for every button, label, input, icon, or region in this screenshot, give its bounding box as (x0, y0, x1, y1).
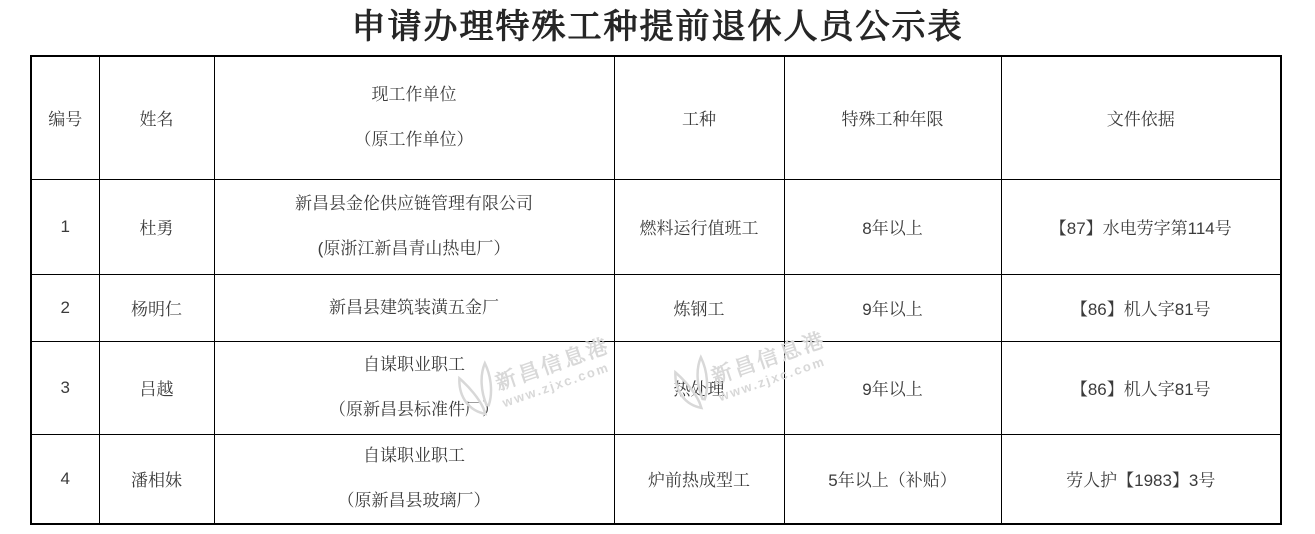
cell-doc: 【86】机人字81号 (1001, 274, 1281, 341)
cell-unit: 自谋职业职工（原新昌县玻璃厂） (214, 434, 614, 524)
cell-no: 4 (31, 434, 99, 524)
cell-job: 燃料运行值班工 (614, 179, 784, 274)
cell-unit-line1: 新昌县金伦供应链管理有限公司 (295, 194, 533, 214)
cell-years: 9年以上 (784, 274, 1001, 341)
cell-job: 炼钢工 (614, 274, 784, 341)
table-row: 3 吕越 自谋职业职工（原新昌县标准件厂） 热处理 9年以上 【86】机人字81… (31, 341, 1281, 434)
cell-name: 杨明仁 (99, 274, 214, 341)
table-row: 2 杨明仁 新昌县建筑装潢五金厂 炼钢工 9年以上 【86】机人字81号 (31, 274, 1281, 341)
cell-unit-line2: （原新昌县玻璃厂） (338, 491, 491, 511)
cell-unit-line1: 自谋职业职工 (363, 355, 465, 375)
col-header-unit-line2: （原工作单位） (355, 130, 474, 150)
header-row: 编号 姓名 现工作单位（原工作单位） 工种 特殊工种年限 文件依据 (31, 56, 1281, 179)
cell-years: 8年以上 (784, 179, 1001, 274)
cell-job: 炉前热成型工 (614, 434, 784, 524)
cell-doc: 【87】水电劳字第114号 (1001, 179, 1281, 274)
col-header-doc: 文件依据 (1001, 56, 1281, 179)
cell-unit-line1: 新昌县建筑装潢五金厂 (329, 298, 499, 318)
cell-unit: 自谋职业职工（原新昌县标准件厂） (214, 341, 614, 434)
col-header-unit: 现工作单位（原工作单位） (214, 56, 614, 179)
cell-no: 2 (31, 274, 99, 341)
col-header-job: 工种 (614, 56, 784, 179)
cell-years: 9年以上 (784, 341, 1001, 434)
cell-job: 热处理 (614, 341, 784, 434)
cell-years: 5年以上（补贴） (784, 434, 1001, 524)
cell-unit-line2: （原新昌县标准件厂） (329, 400, 499, 420)
table-row: 4 潘相妹 自谋职业职工（原新昌县玻璃厂） 炉前热成型工 5年以上（补贴） 劳人… (31, 434, 1281, 524)
cell-doc: 劳人护【1983】3号 (1001, 434, 1281, 524)
cell-unit: 新昌县建筑装潢五金厂 (214, 274, 614, 341)
cell-name: 杜勇 (99, 179, 214, 274)
page-title: 申请办理特殊工种提前退休人员公示表 (0, 2, 1315, 52)
cell-no: 3 (31, 341, 99, 434)
col-header-name: 姓名 (99, 56, 214, 179)
col-header-years: 特殊工种年限 (784, 56, 1001, 179)
cell-name: 吕越 (99, 341, 214, 434)
cell-unit-line1: 自谋职业职工 (363, 446, 465, 466)
cell-name: 潘相妹 (99, 434, 214, 524)
col-header-no: 编号 (31, 56, 99, 179)
table-row: 1 杜勇 新昌县金伦供应链管理有限公司(原浙江新昌青山热电厂） 燃料运行值班工 … (31, 179, 1281, 274)
cell-unit-line2: (原浙江新昌青山热电厂） (318, 239, 511, 259)
cell-unit: 新昌县金伦供应链管理有限公司(原浙江新昌青山热电厂） (214, 179, 614, 274)
public-notice-table: 编号 姓名 现工作单位（原工作单位） 工种 特殊工种年限 文件依据 1 杜勇 新… (30, 55, 1282, 525)
col-header-unit-line1: 现工作单位 (372, 85, 457, 105)
cell-no: 1 (31, 179, 99, 274)
cell-doc: 【86】机人字81号 (1001, 341, 1281, 434)
